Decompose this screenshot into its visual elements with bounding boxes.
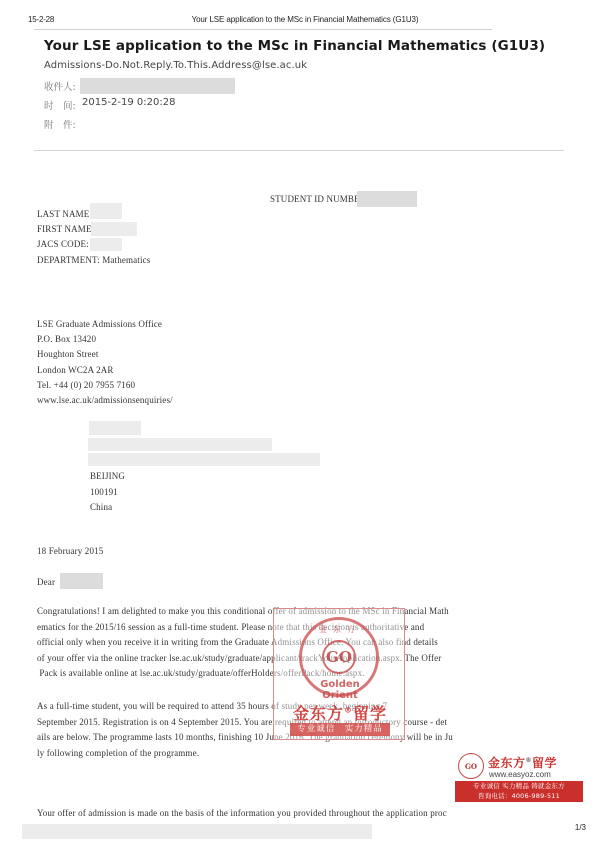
footer-url-redacted bbox=[22, 824, 372, 839]
address-line: LSE Graduate Admissions Office bbox=[37, 317, 173, 332]
attachment-label: 附 件: bbox=[44, 117, 76, 131]
address-line: P.O. Box 13420 bbox=[37, 332, 173, 347]
student-id-redacted bbox=[357, 191, 417, 207]
recipient-address: BEIJING 100191 China bbox=[90, 469, 125, 516]
paragraph-basis: Your offer of admission is made on the b… bbox=[37, 806, 447, 822]
recipient-country: China bbox=[90, 500, 125, 516]
page-number: 1/3 bbox=[575, 823, 586, 832]
email-subject: Your LSE application to the MSc in Finan… bbox=[44, 38, 545, 54]
recipient-city: BEIJING bbox=[90, 469, 125, 485]
addressee-redacted bbox=[60, 573, 103, 589]
time-label: 时 间: bbox=[44, 98, 76, 112]
corner-logo: GO 金东方®留学 www.easyoz.com 专业诚信 实力精品 铸就金东方… bbox=[455, 753, 583, 801]
corner-logo-banner: 专业诚信 实力精品 铸就金东方 咨询电话：4006-989-511 bbox=[455, 781, 583, 802]
salutation: Dear bbox=[37, 577, 55, 587]
last-name-label: LAST NAME: bbox=[37, 209, 92, 219]
email-sender[interactable]: Admissions-Do.Not.Reply.To.This.Address@… bbox=[44, 60, 307, 71]
watermark: 金东方 GO Golden Orient 金东方®留学 专业诚信 实力精品 bbox=[273, 608, 405, 740]
corner-logo-url[interactable]: www.easyoz.com bbox=[489, 770, 551, 779]
watermark-brand-suffix: 留学 bbox=[353, 704, 387, 723]
jacs-code-label: JACS CODE: bbox=[37, 239, 89, 249]
corner-logo-name: 金东方®留学 bbox=[488, 754, 557, 771]
address-line: London WC2A 2AR bbox=[37, 363, 173, 378]
department-value: Mathematics bbox=[102, 255, 150, 265]
corner-logo-suffix: 留学 bbox=[532, 756, 557, 770]
recipient-redacted bbox=[80, 78, 235, 94]
go-seal-icon: GO bbox=[458, 753, 484, 779]
address-line: Houghton Street bbox=[37, 347, 173, 362]
letter-date: 18 February 2015 bbox=[37, 546, 103, 556]
registered-mark-icon: ® bbox=[344, 706, 353, 715]
last-name-redacted bbox=[90, 203, 122, 219]
watermark-seal-top-text: 金东方 bbox=[312, 624, 368, 635]
sender-address: LSE Graduate Admissions Office P.O. Box … bbox=[37, 317, 173, 408]
recipient-district-redacted bbox=[88, 453, 320, 466]
jacs-code-redacted bbox=[90, 238, 122, 251]
time-value: 2015-2-19 0:20:28 bbox=[82, 97, 175, 108]
student-id-label: STUDENT ID NUMBER: bbox=[270, 194, 369, 204]
recipient-name-redacted bbox=[89, 421, 141, 435]
watermark-go-logo-icon: GO bbox=[322, 640, 356, 674]
watermark-slogan: 专业诚信 实力精品 bbox=[290, 723, 390, 736]
address-line[interactable]: www.lse.ac.uk/admissionsenquiries/ bbox=[37, 393, 173, 408]
paragraph-line: Your offer of admission is made on the b… bbox=[37, 806, 447, 822]
corner-logo-brand: 金东方 bbox=[488, 756, 526, 770]
first-name-label: FIRST NAME: bbox=[37, 224, 94, 234]
corner-logo-hotline: 咨询电话：4006-989-511 bbox=[455, 791, 583, 801]
recipient-label: 收件人: bbox=[44, 79, 76, 93]
email-divider bbox=[34, 150, 564, 151]
recipient-postcode: 100191 bbox=[90, 485, 125, 501]
department-label: DEPARTMENT: bbox=[37, 255, 100, 265]
print-title: Your LSE application to the MSc in Finan… bbox=[0, 15, 600, 24]
recipient-street-redacted bbox=[88, 438, 272, 451]
paragraph-line: ly following completion of the programme… bbox=[37, 746, 453, 762]
watermark-brand: 金东方®留学 bbox=[278, 701, 402, 724]
address-line: Tel. +44 (0) 20 7955 7160 bbox=[37, 378, 173, 393]
department-line: DEPARTMENT: Mathematics bbox=[37, 255, 150, 265]
watermark-brand-name: 金东方 bbox=[293, 704, 344, 723]
header-divider bbox=[34, 29, 492, 30]
corner-logo-tagline: 专业诚信 实力精品 铸就金东方 bbox=[455, 781, 583, 791]
watermark-seal-arc-text: Golden Orient bbox=[302, 679, 378, 701]
first-name-redacted bbox=[91, 222, 137, 236]
